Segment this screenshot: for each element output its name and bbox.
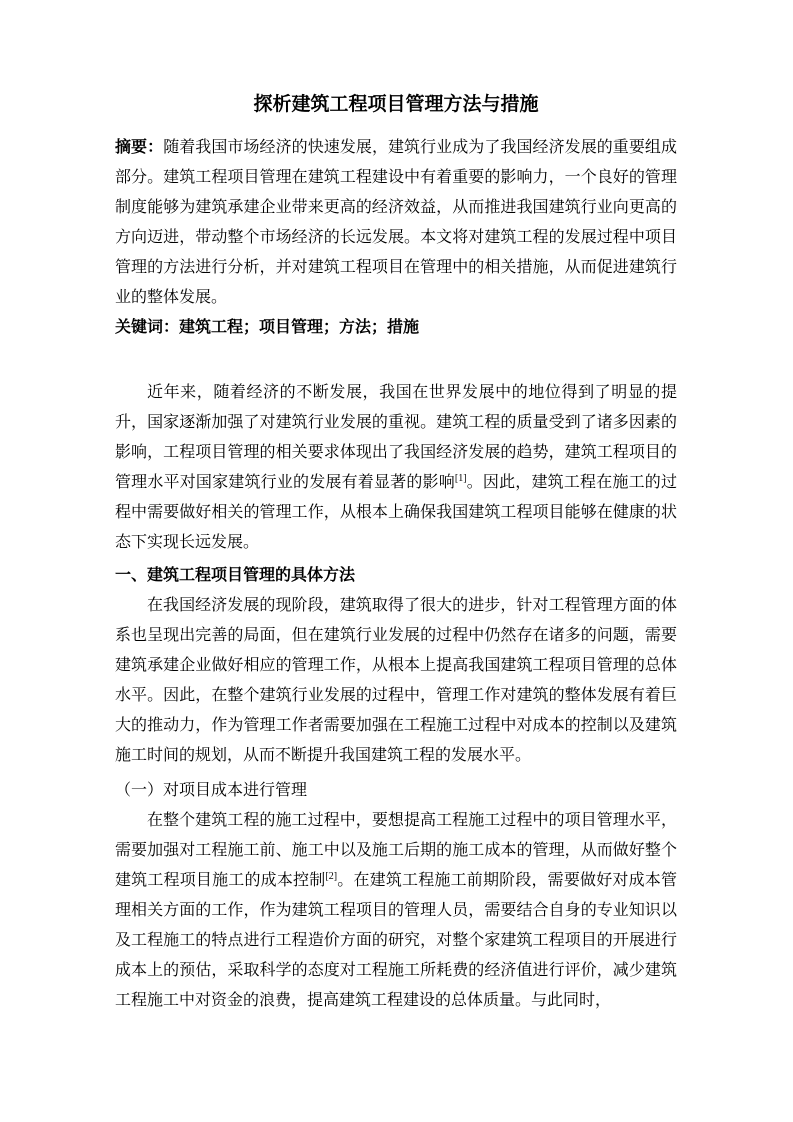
keywords-label: 关键词：: [115, 319, 179, 336]
abstract-text: 随着我国市场经济的快速发展，建筑行业成为了我国经济发展的重要组成部分。建筑工程项…: [115, 139, 677, 306]
document-title: 探析建筑工程项目管理方法与措施: [115, 90, 677, 120]
keywords-line: 关键词：建筑工程；项目管理；方法；措施: [115, 313, 677, 343]
citation-ref-2: [2]: [325, 871, 337, 882]
intro-paragraph: 近年来，随着经济的不断发展，我国在世界发展中的地位得到了明显的提升，国家逐渐加强…: [115, 378, 677, 558]
subsection-1-paragraph: 在整个建筑工程的施工过程中，要想提高工程施工过程中的项目管理水平，需要加强对工程…: [115, 806, 677, 1016]
subsection-1-heading: （一）对项目成本进行管理: [115, 776, 677, 806]
document-page: 探析建筑工程项目管理方法与措施 摘要：随着我国市场经济的快速发展，建筑行业成为了…: [0, 0, 793, 1122]
section-1-heading: 一、建筑工程项目管理的具体方法: [115, 561, 677, 591]
abstract-paragraph: 摘要：随着我国市场经济的快速发展，建筑行业成为了我国经济发展的重要组成部分。建筑…: [115, 133, 677, 313]
citation-ref-1: [1]: [455, 473, 467, 484]
document-content: 探析建筑工程项目管理方法与措施 摘要：随着我国市场经济的快速发展，建筑行业成为了…: [115, 0, 677, 1016]
subsection-1-text-after-citation: 。在建筑工程施工前期阶段，需要做好对成本管理相关方面的工作，作为建筑工程项目的管…: [115, 872, 677, 1009]
keywords-text: 建筑工程；项目管理；方法；措施: [179, 319, 419, 336]
abstract-label: 摘要：: [115, 139, 163, 156]
section-1-paragraph: 在我国经济发展的现阶段，建筑取得了很大的进步，针对工程管理方面的体系也呈现出完善…: [115, 591, 677, 771]
